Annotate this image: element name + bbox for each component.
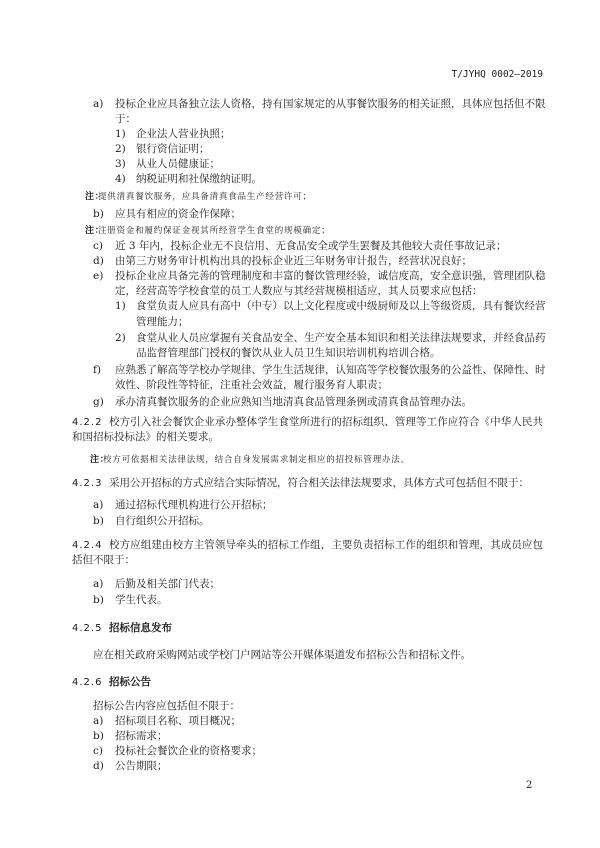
list-text: 应熟悉了解高等学校办学规律、学生生活规律，认知高等学校餐饮服务的公益性、保障性、…: [115, 363, 543, 378]
list-text: 企业法人营业执照；: [136, 127, 231, 142]
clause-number: 4.2.6: [72, 675, 102, 690]
list-text: 应具有相应的资金作保障；: [115, 207, 241, 222]
document-code-header: T/JYHQ 0002—2019: [440, 69, 543, 81]
list-label: 4): [115, 172, 126, 187]
clause-text: 校方引入社会餐饮企业承办整体学生食堂所进行的招标组织、管理等工作应符合《中华人民…: [109, 415, 543, 430]
list-label: a): [93, 577, 103, 592]
list-label: b): [93, 514, 104, 529]
list-label: 3): [115, 157, 126, 172]
list-text: 招标需求；: [115, 729, 168, 744]
list-label: g): [93, 395, 104, 410]
note-text: 校方可依据相关法律法规，结合自身发展需求制定相应的招投标管理办法。: [103, 454, 410, 466]
list-text: 管理能力；: [136, 315, 189, 330]
list-label: a): [93, 498, 103, 513]
page-number: 2: [526, 780, 532, 791]
list-text: 效性、阶段性等特征，注重社会效益，履行服务育人职责；: [115, 378, 388, 393]
list-text: 纳税证明和社保缴纳证明。: [136, 172, 262, 187]
list-text: 通过招标代理机构进行公开招标；: [115, 498, 273, 513]
clause-text: 括但不限于：: [72, 553, 135, 568]
list-text: 公告期限；: [115, 759, 168, 774]
list-label: a): [93, 714, 103, 729]
list-text: 食堂从业人员应掌握有关食品安全、生产安全基本知识和相关法律法规要求，并经食品药: [136, 331, 543, 346]
list-text: 投标企业应具备完善的管理制度和丰富的餐饮管理经验，诚信度高，安全意识强，管理团队…: [115, 269, 543, 284]
note-text: 注册资金和履约保证金视其所经营学生食堂的规模确定；: [98, 225, 331, 237]
list-text: 品监督管理部门授权的餐饮从业人员卫生知识培训机构培训合格。: [136, 346, 441, 361]
list-text: 食堂负责人应具有高中（中专）以上文化程度或中级厨师及以上等级资质，具有餐饮经营: [136, 299, 543, 314]
paragraph-text: 应在相关政府采购网站或学校门户网站等公开媒体渠道发布招标公告和招标文件。: [93, 648, 471, 663]
list-label: d): [93, 759, 104, 774]
clause-number: 4.2.5: [72, 621, 102, 636]
list-text: 定，经营高等学校食堂的员工人数应与其经营规模相适应，其人员要求应包括：: [115, 284, 483, 299]
clause-text: 校方应组建由校方主管领导牵头的招标工作组，主要负责招标工作的组织和管理，其成员应…: [109, 538, 543, 553]
list-text: 后勤及相关部门代表；: [115, 577, 220, 592]
list-label: c): [93, 239, 103, 254]
list-label: b): [93, 729, 104, 744]
list-label: a): [93, 97, 103, 112]
note-text: 提供清真餐饮服务，应具备清真食品生产经营许可；: [98, 191, 312, 203]
list-label: e): [93, 269, 103, 284]
list-label: f): [93, 363, 101, 378]
clause-number: 4.2.4: [72, 538, 102, 553]
list-text: 招标项目名称、项目概况；: [115, 714, 241, 729]
clause-number: 4.2.3: [72, 476, 102, 491]
list-label: b): [93, 593, 104, 608]
list-text: 从业人员健康证；: [136, 157, 220, 172]
list-text: 投标企业应具备独立法人资格，持有国家规定的从事餐饮服务的相关证照，具体应包括但不…: [115, 97, 543, 112]
list-text: 学生代表。: [115, 593, 168, 608]
list-label: c): [93, 744, 103, 759]
clause-title: 招标信息发布: [109, 621, 172, 636]
list-label: 2): [115, 142, 126, 157]
list-label: 1): [115, 299, 126, 314]
list-text: 承办清真餐饮服务的企业应熟知当地清真食品管理条例或清真食品管理办法。: [115, 395, 472, 410]
list-text: 投标社会餐饮企业的资格要求；: [115, 744, 262, 759]
list-text: 由第三方财务审计机构出具的投标企业近三年财务审计报告，经营状况良好；: [115, 254, 472, 269]
clause-number: 4.2.2: [72, 415, 102, 430]
paragraph-text: 招标公告内容应包括但不限于：: [93, 699, 240, 714]
list-label: d): [93, 254, 104, 269]
list-label: 2): [115, 331, 126, 346]
list-text: 近 3 年内，投标企业无不良信用、无食品安全或学生罢餐及其他较大责任事故记录；: [115, 239, 506, 254]
list-text: 银行资信证明；: [136, 142, 210, 157]
clause-title: 招标公告: [109, 675, 151, 690]
list-label: 1): [115, 127, 126, 142]
list-text: 自行组织公开招标。: [115, 514, 210, 529]
list-text: 于：: [115, 112, 136, 127]
document-page: T/JYHQ 0002—2019 a) 投标企业应具备独立法人资格，持有国家规定…: [0, 0, 600, 848]
clause-text: 采用公开招标的方式应结合实际情况，符合相关法律法规要求，具体方式可包括但不限于：: [109, 476, 529, 491]
list-label: b): [93, 207, 104, 222]
clause-text: 和国招标投标法》的相关要求。: [72, 430, 219, 445]
